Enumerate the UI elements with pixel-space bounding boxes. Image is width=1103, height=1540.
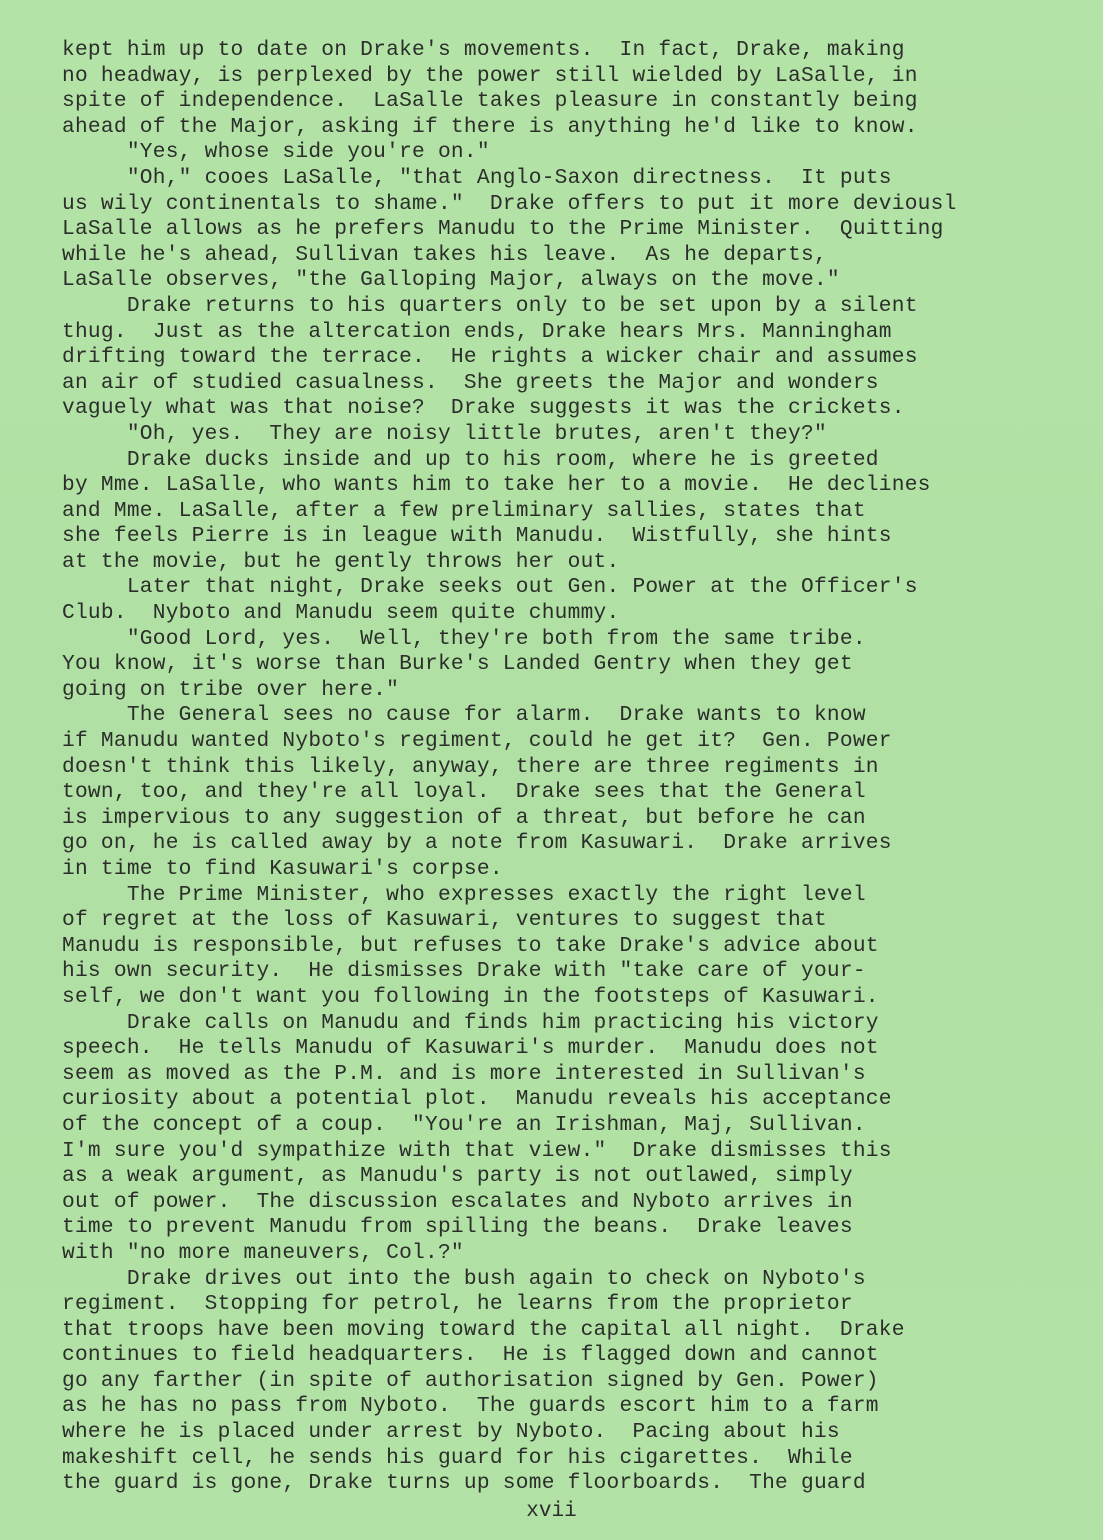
text-line: seem as moved as the P.M. and is more in…	[62, 1062, 1103, 1088]
text-line: as a weak argument, as Manudu's party is…	[62, 1164, 1103, 1190]
text-line: "Good Lord, yes. Well, they're both from…	[62, 627, 1103, 653]
text-line: vaguely what was that noise? Drake sugge…	[62, 396, 1103, 422]
text-line: "Oh," cooes LaSalle, "that Anglo-Saxon d…	[62, 166, 1103, 192]
text-line: with "no more maneuvers, Col.?"	[62, 1241, 1103, 1267]
text-line: out of power. The discussion escalates a…	[62, 1190, 1103, 1216]
text-line: time to prevent Manudu from spilling the…	[62, 1215, 1103, 1241]
text-line: doesn't think this likely, anyway, there…	[62, 755, 1103, 781]
text-line: go any farther (in spite of authorisatio…	[62, 1369, 1103, 1395]
text-line: I'm sure you'd sympathize with that view…	[62, 1139, 1103, 1165]
text-line: self, we don't want you following in the…	[62, 985, 1103, 1011]
text-line: going on tribe over here."	[62, 678, 1103, 704]
text-line: go on, he is called away by a note from …	[62, 831, 1103, 857]
text-line: LaSalle observes, "the Galloping Major, …	[62, 268, 1103, 294]
text-line: us wily continentals to shame." Drake of…	[62, 192, 1103, 218]
text-line: and Mme. LaSalle, after a few preliminar…	[62, 499, 1103, 525]
text-line: if Manudu wanted Nyboto's regiment, coul…	[62, 729, 1103, 755]
text-line: "Yes, whose side you're on."	[62, 140, 1103, 166]
text-line: his own security. He dismisses Drake wit…	[62, 959, 1103, 985]
text-line: thug. Just as the altercation ends, Drak…	[62, 320, 1103, 346]
text-line: she feels Pierre is in league with Manud…	[62, 524, 1103, 550]
text-line: that troops have been moving toward the …	[62, 1318, 1103, 1344]
text-line: no headway, is perplexed by the power st…	[62, 64, 1103, 90]
text-line: while he's ahead, Sullivan takes his lea…	[62, 243, 1103, 269]
text-line: kept him up to date on Drake's movements…	[62, 38, 1103, 64]
text-line: at the movie, but he gently throws her o…	[62, 550, 1103, 576]
text-line: where he is placed under arrest by Nybot…	[62, 1420, 1103, 1446]
text-line: curiosity about a potential plot. Manudu…	[62, 1087, 1103, 1113]
text-line: Drake ducks inside and up to his room, w…	[62, 448, 1103, 474]
text-line: spite of independence. LaSalle takes ple…	[62, 89, 1103, 115]
text-line: is impervious to any suggestion of a thr…	[62, 806, 1103, 832]
typed-page: kept him up to date on Drake's movements…	[0, 0, 1103, 1540]
text-line: Club. Nyboto and Manudu seem quite chumm…	[62, 601, 1103, 627]
text-line: in time to find Kasuwari's corpse.	[62, 857, 1103, 883]
text-line: Later that night, Drake seeks out Gen. P…	[62, 575, 1103, 601]
text-line: of the concept of a coup. "You're an Iri…	[62, 1113, 1103, 1139]
text-line: the guard is gone, Drake turns up some f…	[62, 1471, 1103, 1497]
text-line: speech. He tells Manudu of Kasuwari's mu…	[62, 1036, 1103, 1062]
text-line: Drake drives out into the bush again to …	[62, 1267, 1103, 1293]
text-line: as he has no pass from Nyboto. The guard…	[62, 1394, 1103, 1420]
text-line: town, too, and they're all loyal. Drake …	[62, 780, 1103, 806]
text-line: drifting toward the terrace. He rights a…	[62, 345, 1103, 371]
text-line: Drake calls on Manudu and finds him prac…	[62, 1011, 1103, 1037]
text-line: You know, it's worse than Burke's Landed…	[62, 652, 1103, 678]
text-line: an air of studied casualness. She greets…	[62, 371, 1103, 397]
text-line: LaSalle allows as he prefers Manudu to t…	[62, 217, 1103, 243]
text-line: of regret at the loss of Kasuwari, ventu…	[62, 908, 1103, 934]
text-line: The Prime Minister, who expresses exactl…	[62, 883, 1103, 909]
page-number: xvii	[0, 1500, 1103, 1523]
text-line: continues to field headquarters. He is f…	[62, 1343, 1103, 1369]
text-line: Drake returns to his quarters only to be…	[62, 294, 1103, 320]
body-text: kept him up to date on Drake's movements…	[62, 38, 1103, 1497]
text-line: makeshift cell, he sends his guard for h…	[62, 1446, 1103, 1472]
text-line: regiment. Stopping for petrol, he learns…	[62, 1292, 1103, 1318]
text-line: "Oh, yes. They are noisy little brutes, …	[62, 422, 1103, 448]
text-line: The General sees no cause for alarm. Dra…	[62, 703, 1103, 729]
text-line: ahead of the Major, asking if there is a…	[62, 115, 1103, 141]
text-line: Manudu is responsible, but refuses to ta…	[62, 934, 1103, 960]
text-line: by Mme. LaSalle, who wants him to take h…	[62, 473, 1103, 499]
